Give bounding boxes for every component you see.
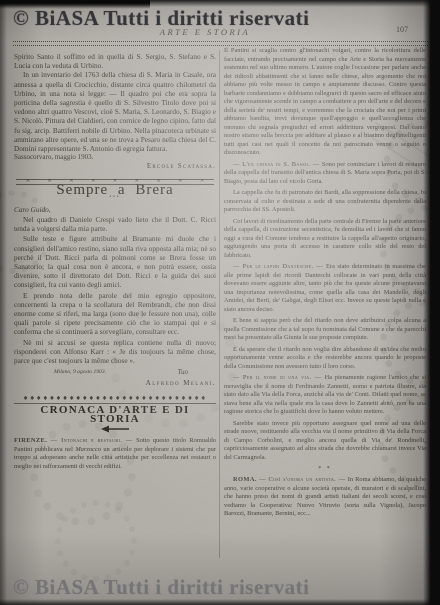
arrow-ornament [100,425,130,433]
article-title: Sempre a Brera [14,186,216,195]
journal-name: Marzocco [75,446,101,453]
chronicle-paragraph: Coi lavori di riordinamento della parte … [224,218,426,261]
chain-divider-ornament: ✕ ✕ ✕ ✕ ✕ ✕ ✕ ✕ ✕ [16,179,214,185]
chronicle-text: Era stato determinato in massima che all… [224,263,426,313]
copyright-watermark-bottom: © BiASA Tutti i diritti riservati [13,575,309,600]
letter-signature: Alfredo Melani. [14,379,216,388]
chronicle-city: FIRENZE. [14,437,47,444]
chronicle-paragraph: Sarebbe stato invece più opportuno asseg… [224,420,426,463]
letter-paragraph: Nel quadro di Daniele Crespi vado lieto … [14,215,216,233]
letter-article: Sempre a Brera ••• Caro Guido, Nel quadr… [14,186,216,388]
right-column: Il Pantini si scaglia contro gl'intonach… [224,47,426,562]
title-dots-ornament: ••• [14,195,216,201]
letter-dateline: Milano, 9 agosto 1903. [54,368,106,377]
chronicle-item-roma: ROMA. — Così s'onora un artista. — In Ro… [224,476,426,519]
header-rule [13,41,428,46]
article-paragraph: In un inventario del 1763 della chiesa d… [14,70,216,153]
chronicle-item-title: — Intonachi e restauri. — [47,437,136,444]
asterism-ornament: * * [224,466,426,473]
article-paragraph: Spirito Santo il soffitto ed in quella d… [14,52,216,70]
chronicle-city: ROMA. [233,476,257,483]
scan-edge-right [423,0,440,605]
chronicle-paragraph: — Per le lapidi Dantesche. — Era stato d… [224,263,426,314]
copyright-watermark-top: © BiASA Tutti i diritti riservati [13,6,309,31]
scanned-journal-page: © BiASA Tutti i diritti riservati © BiAS… [0,0,440,605]
letter-closing-row: Milano, 9 agosto 1903. Tuo [14,368,216,377]
chronicle-item-title: — L'ex chiesa di S. Basso. — [233,161,322,168]
chronicle-paragraph: E bene si sappia però che del ritardo no… [224,317,426,343]
chronicle-paragraph: La cappella che fu di patronato dei Bard… [224,189,426,215]
article-dateline: Sassocorvaro, maggio 1903. [14,153,216,162]
chronicle-item-title: — Per le lapidi Dantesche. — [233,263,326,270]
chronicle-paragraph: — L'ex chiesa di S. Basso. — Sono per co… [224,161,426,187]
article-signature: Ercole Scatassa. [14,162,216,171]
chronicle-paragraph: Il Pantini si scaglia contro gl'intonach… [224,47,426,158]
letter-paragraph: Nè mi si accusi se questa replica contie… [14,338,216,366]
chain-marks: ✕ ✕ ✕ ✕ ✕ ✕ ✕ ✕ ✕ [16,178,214,185]
letter-paragraph: Sulle teste e figure attribuite al Brama… [14,234,216,289]
scan-edge-left [0,0,7,605]
chronicle-item-title: — Per il nome di una via. — [233,374,325,381]
bleedthrough-ornament [55,500,137,582]
column-divider [219,50,220,558]
letter-valediction: Tuo [177,368,188,377]
chronicle-item-firenze: FIRENZE. — Intonachi e restauri. — Sotto… [14,437,216,471]
chronicle-paragraph: — Per il nome di una via. — Ha pienament… [224,374,426,417]
letter-salutation: Caro Guido, [14,205,216,214]
letter-paragraph: E prendo nota delle parole del mio egreg… [14,291,216,337]
diamond-divider-ornament: ♦♦♦♦♦♦♦♦♦♦♦♦♦♦♦♦♦♦♦♦♦♦♦♦♦♦♦♦ [14,396,216,404]
section-title: CRONACA D'ARTE E DI STORIA [14,406,216,424]
chronicle-paragraph: È da sperare che il ritardo non voglia d… [224,346,426,372]
page-number: 107 [396,25,408,34]
left-column: Spirito Santo il soffitto ed in quella d… [14,52,216,471]
chronicle-item-title: — Così s'onora un artista. — [257,476,348,483]
